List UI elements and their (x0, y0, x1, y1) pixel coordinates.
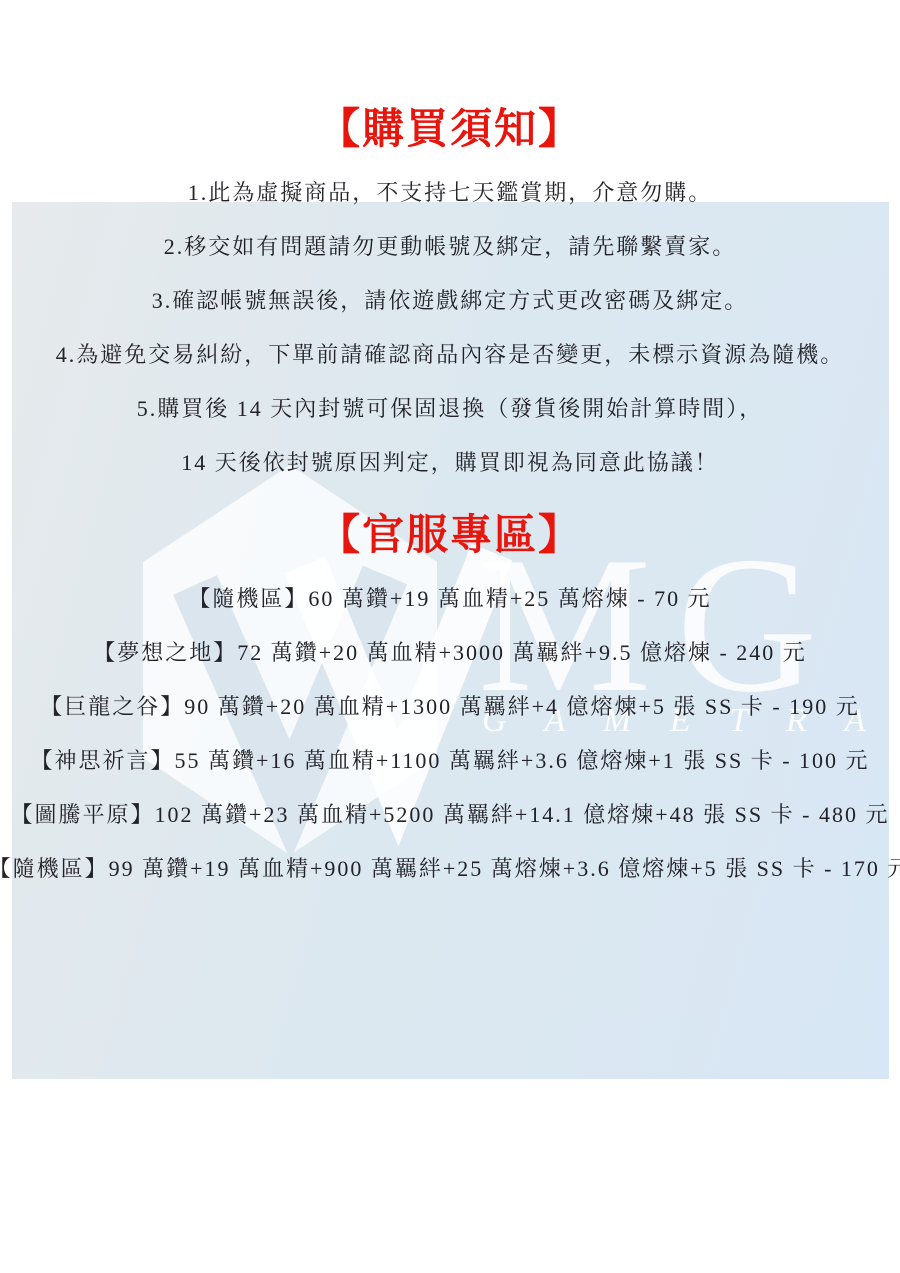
product-line: 【圖騰平原】102 萬鑽+23 萬血精+5200 萬羈絆+14.1 億熔煉+48… (0, 786, 900, 840)
page: MG G A M E T R A D E 【購買須知】 1.此為虛擬商品，不支持… (0, 0, 900, 1273)
notice-line: 1.此為虛擬商品，不支持七天鑑賞期，介意勿購。 (0, 164, 900, 218)
notice-line: 4.為避免交易糾紛，下單前請確認商品內容是否變更，未標示資源為隨機。 (0, 326, 900, 380)
product-line: 【隨機區】99 萬鑽+19 萬血精+900 萬羈絆+25 萬熔煉+3.6 億熔煉… (0, 840, 900, 894)
product-line: 【隨機區】60 萬鑽+19 萬血精+25 萬熔煉 - 70 元 (0, 570, 900, 624)
purchase-notice-list: 1.此為虛擬商品，不支持七天鑑賞期，介意勿購。 2.移交如有問題請勿更動帳號及綁… (0, 164, 900, 488)
product-line: 【巨龍之谷】90 萬鑽+20 萬血精+1300 萬羈絆+4 億熔煉+5 張 SS… (0, 678, 900, 732)
notice-line: 14 天後依封號原因判定，購買即視為同意此協議！ (0, 434, 900, 488)
product-list: 【隨機區】60 萬鑽+19 萬血精+25 萬熔煉 - 70 元 【夢想之地】72… (0, 570, 900, 894)
notice-line: 5.購買後 14 天內封號可保固退換（發貨後開始計算時間）， (0, 380, 900, 434)
notice-line: 3.確認帳號無誤後，請依遊戲綁定方式更改密碼及綁定。 (0, 272, 900, 326)
official-server-section-title: 【官服專區】 (0, 502, 900, 562)
product-line: 【夢想之地】72 萬鑽+20 萬血精+3000 萬羈絆+9.5 億熔煉 - 24… (0, 624, 900, 678)
product-line: 【神思祈言】55 萬鑽+16 萬血精+1100 萬羈絆+3.6 億熔煉+1 張 … (0, 732, 900, 786)
notice-line: 2.移交如有問題請勿更動帳號及綁定，請先聯繫賣家。 (0, 218, 900, 272)
purchase-notice-title: 【購買須知】 (0, 96, 900, 156)
